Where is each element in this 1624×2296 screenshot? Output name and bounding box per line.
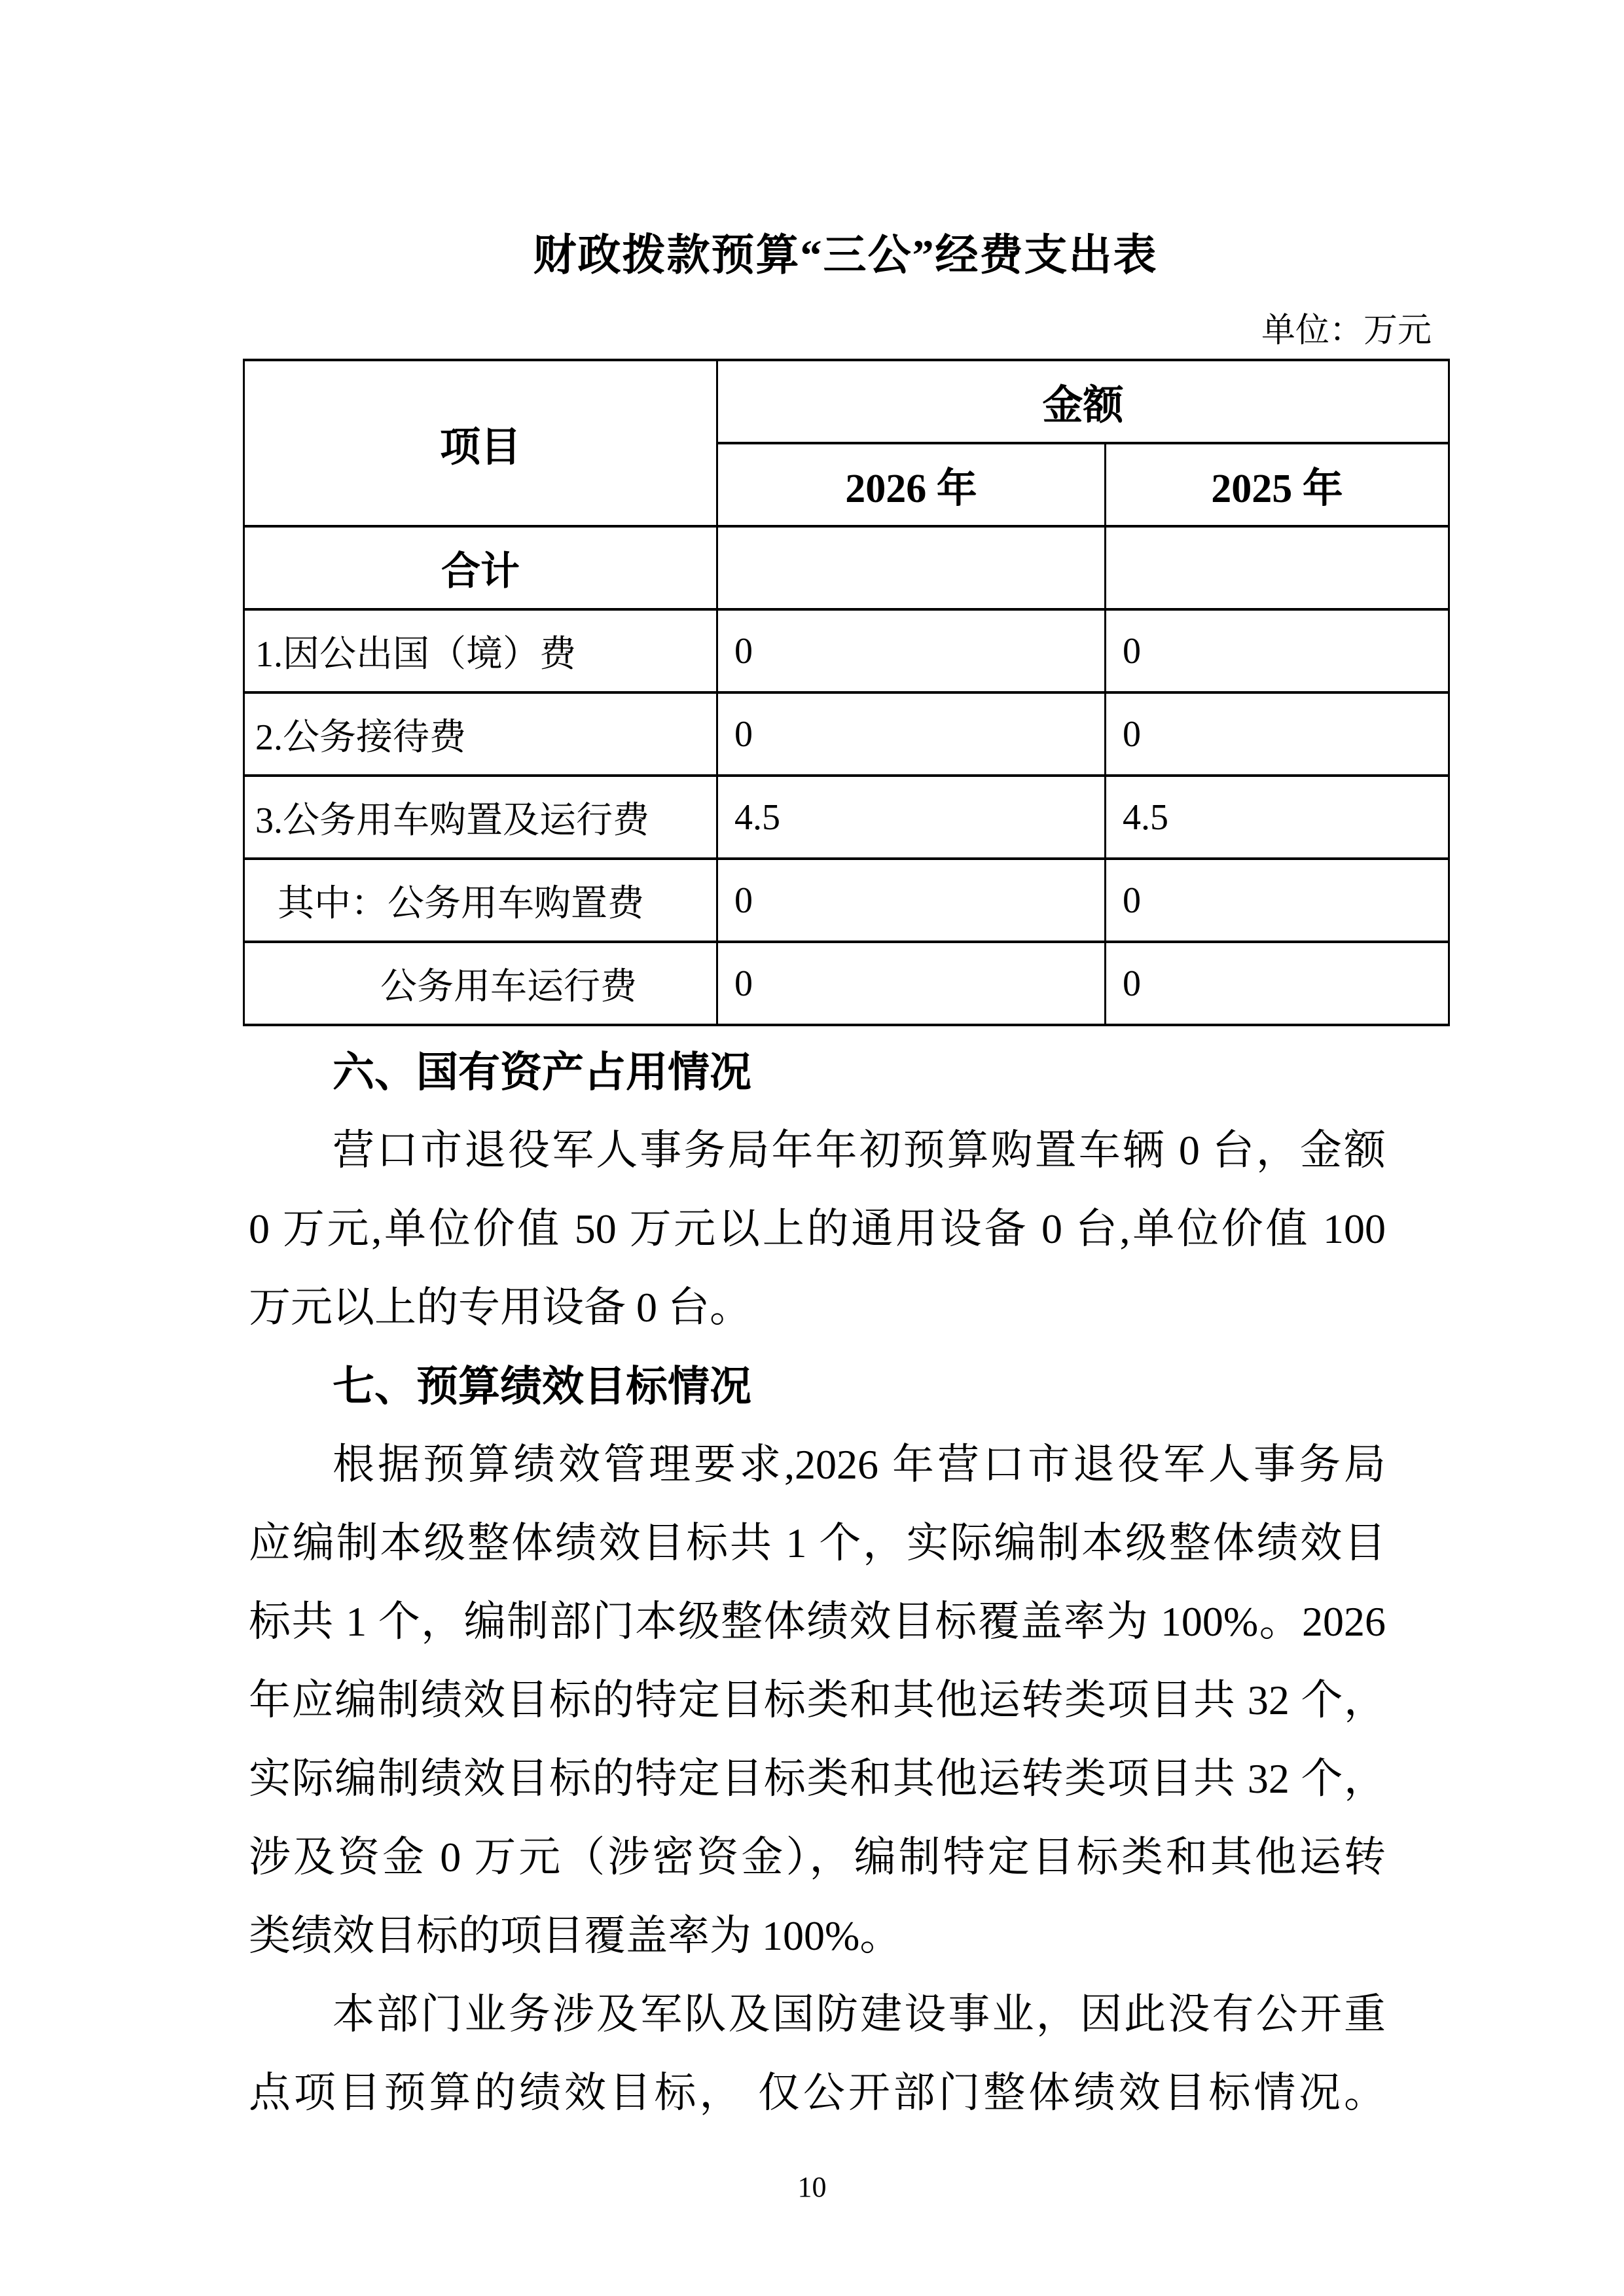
paragraph-line: 根据预算绩效管理要求,2026 年营口市退役军人事务局 <box>249 1426 1386 1504</box>
table-row: 公务用车运行费 0 0 <box>244 942 1449 1025</box>
paragraph-line: 标共 1 个，编制部门本级整体绩效目标覆盖率为 100%。2026 <box>249 1583 1386 1661</box>
table-row: 1.因公出国（境）费 0 0 <box>244 609 1449 692</box>
cell-2025: 0 <box>1106 692 1449 776</box>
section-heading-seven: 七、预算绩效目标情况 <box>249 1347 1386 1426</box>
paragraph-line: 本部门业务涉及军队及国防建设事业，因此没有公开重 <box>249 1975 1386 2054</box>
cell-2026: 0 <box>717 859 1106 942</box>
paragraph-line: 涉及资金 0 万元（涉密资金），编制特定目标类和其他运转 <box>249 1818 1386 1897</box>
header-year-2026: 2026 年 <box>717 443 1106 526</box>
unit-note: 单位：万元 <box>243 302 1432 351</box>
paragraph-line: 年应编制绩效目标的特定目标类和其他运转类项目共 32 个， <box>249 1661 1386 1740</box>
cell-2025: 0 <box>1106 942 1449 1025</box>
budget-table: 项目 金额 2026 年 2025 年 合计 1.因公出国（境）费 0 0 2.… <box>243 359 1450 1026</box>
paragraph-line: 实际编制绩效目标的特定目标类和其他运转类项目共 32 个， <box>249 1740 1386 1818</box>
table-row: 2.公务接待费 0 0 <box>244 692 1449 776</box>
section-heading-six: 六、国有资产占用情况 <box>249 1033 1386 1111</box>
header-item: 项目 <box>244 360 717 526</box>
header-amount: 金额 <box>717 360 1449 443</box>
row-label-vehicle-operating-fee: 公务用车运行费 <box>244 942 717 1025</box>
document-body: 六、国有资产占用情况 营口市退役军人事务局年年初预算购置车辆 0 台，金额 0 … <box>249 1033 1386 2132</box>
table-row: 3.公务用车购置及运行费 4.5 4.5 <box>244 776 1449 859</box>
cell-2025 <box>1106 526 1449 609</box>
table-row: 合计 <box>244 526 1449 609</box>
paragraph-line: 0 万元,单位价值 50 万元以上的通用设备 0 台,单位价值 100 <box>249 1190 1386 1268</box>
cell-2025: 4.5 <box>1106 776 1449 859</box>
paragraph-line: 万元以上的专用设备 0 台。 <box>249 1268 1386 1347</box>
cell-2026: 4.5 <box>717 776 1106 859</box>
cell-2026: 0 <box>717 692 1106 776</box>
page-number: 10 <box>0 2170 1624 2204</box>
row-label-abroad-fee: 1.因公出国（境）费 <box>244 609 717 692</box>
row-label-total: 合计 <box>244 526 717 609</box>
document-page: 财政拨款预算“三公”经费支出表 单位：万元 项目 金额 2026 年 2025 … <box>0 0 1624 2296</box>
cell-2026: 0 <box>717 609 1106 692</box>
cell-2026 <box>717 526 1106 609</box>
header-year-2025: 2025 年 <box>1106 443 1449 526</box>
cell-2026: 0 <box>717 942 1106 1025</box>
table-row: 其中：公务用车购置费 0 0 <box>244 859 1449 942</box>
page-title: 财政拨款预算“三公”经费支出表 <box>243 220 1448 282</box>
paragraph-line: 应编制本级整体绩效目标共 1 个，实际编制本级整体绩效目 <box>249 1504 1386 1583</box>
table-header-row-1: 项目 金额 <box>244 360 1449 443</box>
cell-2025: 0 <box>1106 859 1449 942</box>
paragraph-line: 点项目预算的绩效目标， 仅公开部门整体绩效目标情况。 <box>249 2054 1386 2132</box>
cell-2025: 0 <box>1106 609 1449 692</box>
row-label-vehicle-purchase-fee: 其中：公务用车购置费 <box>244 859 717 942</box>
paragraph-line: 营口市退役军人事务局年年初预算购置车辆 0 台，金额 <box>249 1111 1386 1190</box>
paragraph-line: 类绩效目标的项目覆盖率为 100%。 <box>249 1897 1386 1975</box>
row-label-vehicle-total-fee: 3.公务用车购置及运行费 <box>244 776 717 859</box>
row-label-reception-fee: 2.公务接待费 <box>244 692 717 776</box>
